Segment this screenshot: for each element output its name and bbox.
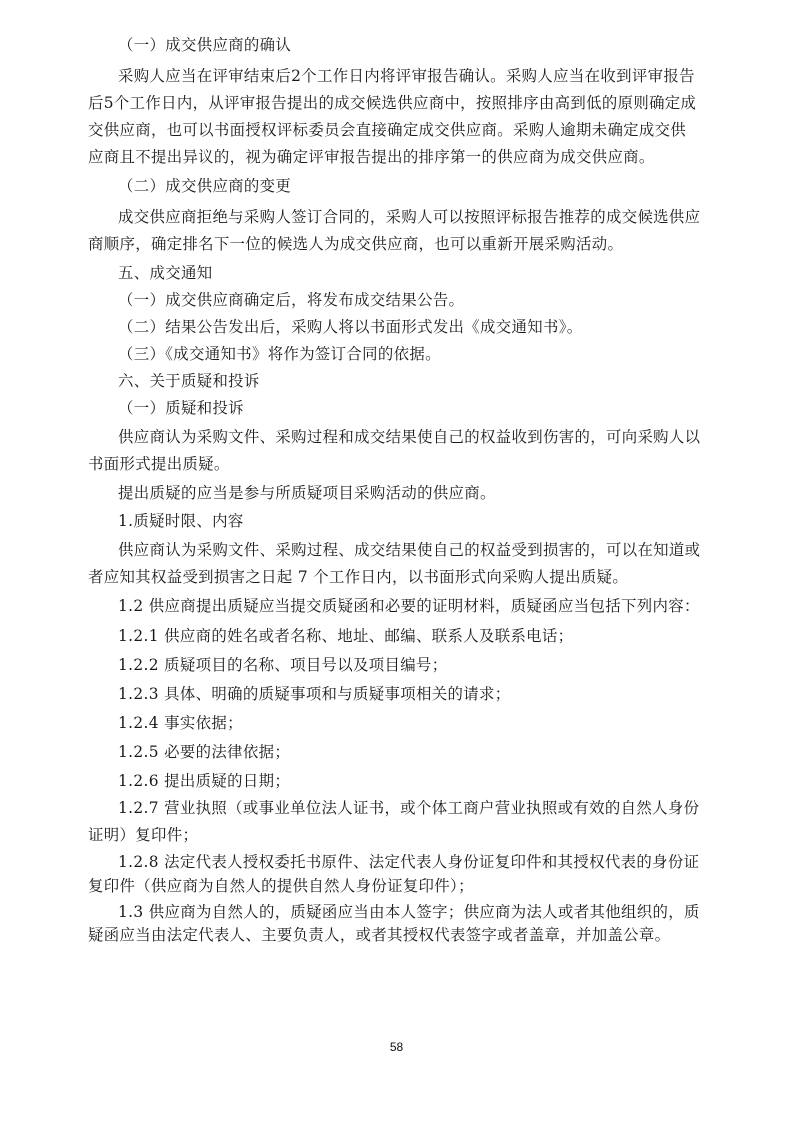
text-line: 书面形式提出质疑。 (88, 454, 708, 474)
text-line: 1.2.8 法定代表人授权委托书原件、法定代表人身份证复印件和其授权代表的身份证 (118, 852, 738, 872)
text-line: 供应商认为采购文件、采购过程和成交结果使自己的权益收到伤害的，可向采购人以 (118, 427, 738, 447)
text-line: 1.2.6 提出质疑的日期； (118, 771, 738, 791)
text-line: 1.质疑时限、内容 (118, 511, 738, 531)
text-line: 1.2.5 必要的法律依据； (118, 742, 738, 762)
text-line: （一）质疑和投诉 (118, 398, 738, 418)
text-line: 采购人应当在评审结束后2个工作日内将评审报告确认。采购人应当在收到评审报告 (118, 66, 738, 86)
text-line: 1.2.7 营业执照（或事业单位法人证书，或个体工商户营业执照或有效的自然人身份 (118, 798, 738, 818)
text-line: 1.2.1 供应商的姓名或者名称、地址、邮编、联系人及联系电话； (118, 626, 738, 646)
page-number: 58 (0, 1040, 793, 1054)
text-line: （二）结果公告发出后，采购人将以书面形式发出《成交通知书》。 (118, 317, 738, 337)
text-line: 提出质疑的应当是参与所质疑项目采购活动的供应商。 (118, 483, 738, 503)
text-line: 者应知其权益受到损害之日起 7 个工作日内，以书面形式向采购人提出质疑。 (88, 567, 708, 587)
text-line: 证明）复印件； (88, 825, 708, 845)
text-line: 1.2.2 质疑项目的名称、项目号以及项目编号； (118, 655, 738, 675)
text-line: （三）《成交通知书》将作为签订合同的依据。 (118, 344, 738, 364)
text-line: 供应商认为采购文件、采购过程、成交结果使自己的权益受到损害的，可以在知道或 (118, 540, 738, 560)
text-line: 后5个工作日内，从评审报告提出的成交候选供应商中，按照排序由高到低的原则确定成 (88, 93, 708, 113)
document-page: （一）成交供应商的确认采购人应当在评审结束后2个工作日内将评审报告确认。采购人应… (0, 0, 793, 1122)
text-line: 应商且不提出异议的，视为确定评审报告提出的排序第一的供应商为成交供应商。 (88, 147, 708, 167)
text-line: （一）成交供应商的确认 (118, 35, 738, 55)
text-line: 六、关于质疑和投诉 (118, 371, 738, 391)
text-line: 交供应商，也可以书面授权评标委员会直接确定成交供应商。采购人逾期未确定成交供 (88, 120, 708, 140)
text-line: 1.3 供应商为自然人的，质疑函应当由本人签字；供应商为法人或者其他组织的，质 (118, 902, 738, 922)
text-line: 五、成交通知 (118, 263, 738, 283)
text-line: 复印件（供应商为自然人的提供自然人身份证复印件）； (88, 876, 708, 896)
text-line: 1.2.4 事实依据； (118, 713, 738, 733)
text-line: （二）成交供应商的变更 (118, 176, 738, 196)
text-line: 1.2.3 具体、明确的质疑事项和与质疑事项相关的请求； (118, 684, 738, 704)
text-line: （一）成交供应商确定后，将发布成交结果公告。 (118, 290, 738, 310)
text-line: 商顺序，确定排名下一位的候选人为成交供应商，也可以重新开展采购活动。 (88, 234, 708, 254)
text-line: 疑函应当由法定代表人、主要负责人，或者其授权代表签字或者盖章，并加盖公章。 (88, 925, 708, 945)
text-line: 1.2 供应商提出质疑应当提交质疑函和必要的证明材料，质疑函应当包括下列内容： (118, 596, 738, 616)
text-line: 成交供应商拒绝与采购人签订合同的，采购人可以按照评标报告推荐的成交候选供应 (118, 207, 738, 227)
